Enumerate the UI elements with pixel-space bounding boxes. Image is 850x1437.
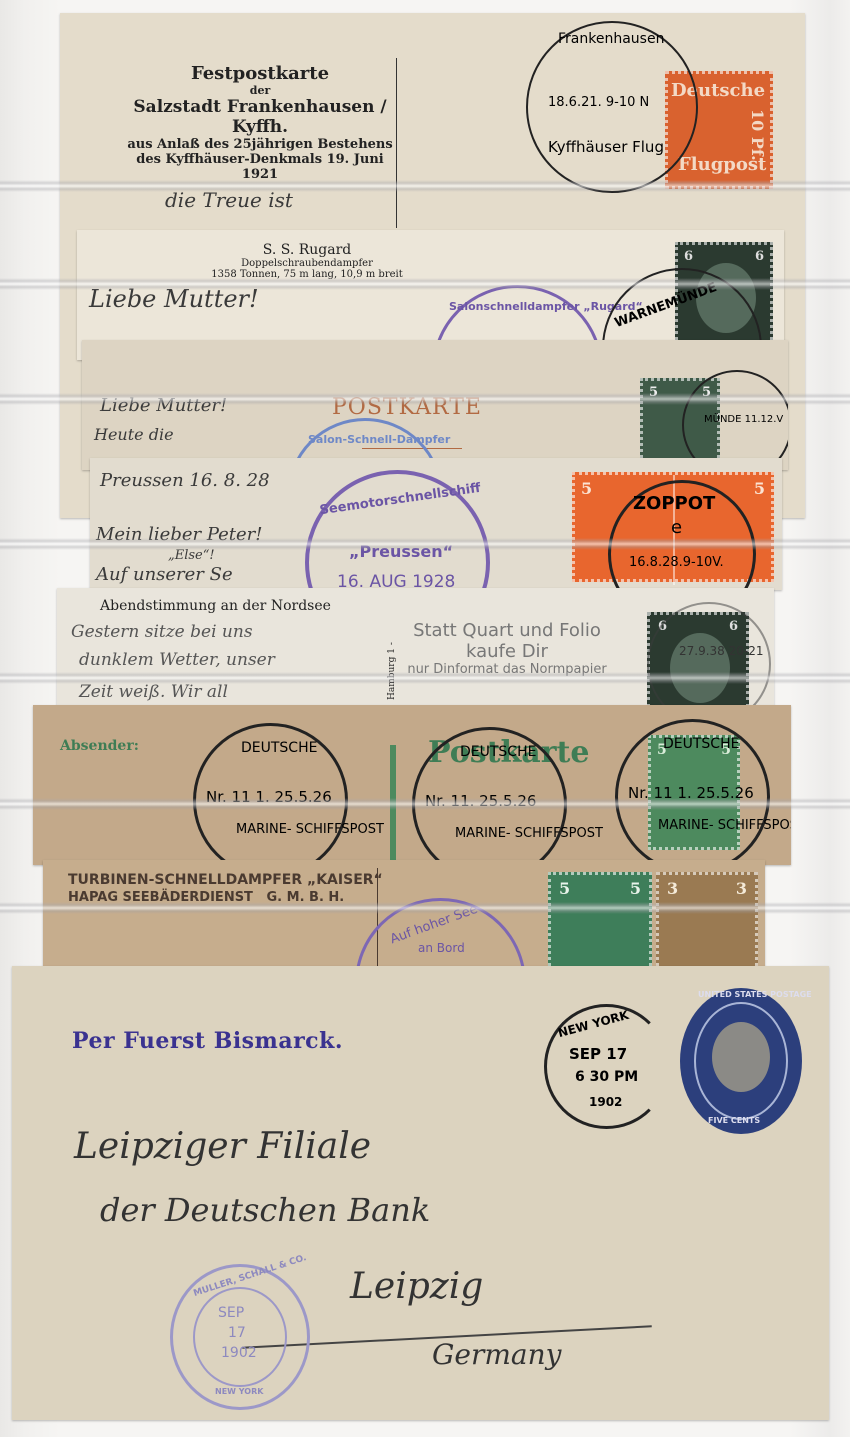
divider-line: [396, 58, 397, 228]
address-line: Leipzig: [350, 1266, 483, 1307]
address-line: der Deutschen Bank: [100, 1191, 430, 1229]
goethe-stamp: 3 3: [656, 872, 758, 970]
postkarte-card[interactable]: POSTKARTE Liebe Mutter! Heute die Salon-…: [82, 340, 788, 470]
schiffspost-postmark-3: DEUTSCHE Nr. 11 1. 25.5.26 MARINE- SCHIF…: [615, 719, 770, 865]
card-line: Salzstadt Frankenhausen / Kyffh.: [120, 97, 400, 137]
card-title: TURBINEN-SCHNELLDAMPFER „KAISER“: [68, 872, 383, 888]
handwriting: „Else“!: [168, 548, 215, 563]
schiffspost-postmark-1: DEUTSCHE Nr. 11 1. 25.5.26 MARINE- SCHIF…: [193, 723, 348, 865]
card-title: S. S. Rugard: [197, 242, 417, 258]
card-title: Abendstimmung an der Nordsee: [100, 598, 331, 614]
card-line: der: [120, 84, 400, 97]
circle-postmark: 27.9.38 20-21: [647, 602, 771, 708]
card-subtitle: HAPAG SEEBÄDERDIENST G. M. B. H.: [68, 890, 344, 905]
handwriting: Preussen 16. 8. 28: [100, 470, 270, 491]
card-line: des Kyffhäuser-Denkmals 19. Juni 1921: [120, 152, 400, 182]
handwriting: Liebe Mutter!: [100, 395, 227, 416]
sender-label: Absender:: [60, 738, 139, 754]
us-postage-indicium: UNITED STATES POSTAGE FIVE CENTS: [680, 988, 802, 1134]
album-stock-page: Festpostkarte der Salzstadt Frankenhause…: [0, 0, 850, 1437]
handwriting: dunklem Wetter, unser: [79, 650, 275, 670]
schiller-stamp: 5 5: [548, 872, 652, 970]
green-bar: [390, 745, 396, 865]
card-specs: 1358 Tonnen, 75 m lang, 10,9 m breit: [197, 269, 417, 280]
address-line: Germany: [432, 1338, 561, 1371]
handwriting: Gestern sitze bei uns: [71, 622, 253, 642]
card-subtitle: Doppelschraubendampfer: [197, 258, 417, 269]
marine-schiffspost-card[interactable]: Absender: Postkarte 5 5 DEUTSCHE Nr. 11 …: [33, 705, 791, 865]
slogan-line: Statt Quart und Folio: [407, 620, 607, 641]
card-title: Festpostkarte: [120, 63, 400, 84]
us-envelope[interactable]: Per Fuerst Bismarck. NEW YORK SEP 17 6 3…: [12, 966, 829, 1420]
handwriting: Zeit weiß. Wir all: [79, 682, 228, 702]
preussen-cachet: Seemotorschnellschiff „Preussen“ 16. AUG…: [305, 470, 490, 590]
kaiser-card[interactable]: TURBINEN-SCHNELLDAMPFER „KAISER“ HAPAG S…: [43, 860, 765, 970]
handwriting: Auf unserer Se: [96, 564, 233, 585]
slogan-line: nur Dinformat das Normpapier: [407, 662, 607, 677]
routing-endorsement: Per Fuerst Bismarck.: [72, 1028, 343, 1054]
frankenhausen-postmark: Frankenhausen 18.6.21. 9-10 N Kyffhäuser…: [526, 21, 698, 193]
hoher-see-cachet: Auf hoher See an Bord: [355, 898, 526, 970]
handwriting: die Treue ist: [165, 188, 293, 212]
card-line: aus Anlaß des 25jährigen Bestehens: [120, 137, 400, 152]
handwriting: Mein lieber Peter!: [96, 524, 263, 545]
imprint: Hamburg 1 -: [387, 642, 397, 700]
address-line: Leipziger Filiale: [74, 1126, 371, 1167]
muende-postmark: MÜNDE 11.12.V: [682, 370, 788, 470]
handwriting: Liebe Mutter!: [89, 285, 259, 313]
card-title: POSTKARTE: [332, 395, 482, 420]
new-york-postmark: NEW YORK SEP 17 6 30 PM 1902: [544, 1004, 669, 1129]
nordsee-card[interactable]: Abendstimmung an der Nordsee Gestern sit…: [57, 588, 774, 708]
handwriting: Heute die: [94, 425, 174, 444]
preussen-card[interactable]: Preussen 16. 8. 28 Mein lieber Peter! „E…: [90, 458, 782, 590]
slogan-line: kaufe Dir: [407, 641, 607, 662]
muller-schall-backstamp: MULLER, SCHALL & CO. SEP 17 1902 NEW YOR…: [170, 1264, 310, 1410]
